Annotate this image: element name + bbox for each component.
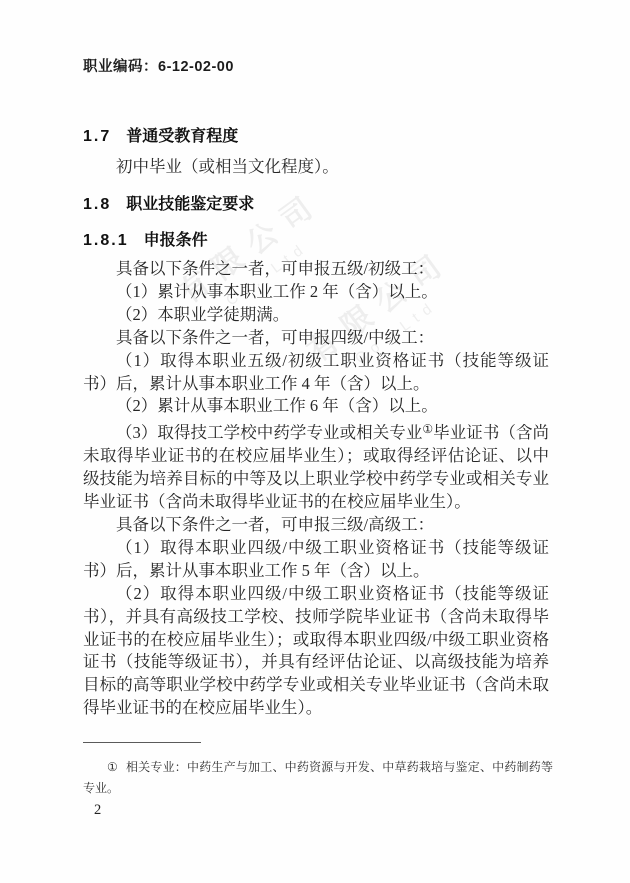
footnote-text: 相关专业：中药生产与加工、中药资源与开发、中草药栽培与鉴定、中药制药等专业。 (83, 760, 553, 795)
page-number: 2 (94, 802, 101, 819)
section-number: 1.8 (83, 196, 111, 213)
education-requirement-paragraph: 初中毕业（或相当文化程度）。 (83, 155, 549, 178)
application-conditions-body: 具备以下条件之一者，可申报五级/初级工： （1）累计从事本职业工作 2 年（含）… (83, 258, 549, 720)
condition-item: （3）取得技工学校中药学专业或相关专业①毕业证书（含尚未取得毕业证书的在校应届毕… (83, 418, 549, 514)
condition-item: （1）取得本职业四级/中级工职业资格证书（技能等级证书）后，累计从事本职业工作 … (83, 537, 549, 583)
condition-item: （2）取得本职业四级/中级工职业资格证书（技能等级证书），并具有高级技工学校、技… (83, 583, 549, 720)
footnote-reference-mark: ① (422, 422, 433, 436)
condition-item: （1）取得本职业五级/初级工职业资格证书（技能等级证书）后，累计从事本职业工作 … (83, 350, 549, 396)
document-page: 有限公司 Co. Ltd 有限公司 Co. Ltd 职业编码：6-12-02-0… (0, 0, 630, 883)
section-title: 普通受教育程度 (126, 128, 238, 145)
section-title: 职业技能鉴定要求 (126, 196, 254, 213)
footnote-marker: ① (107, 760, 118, 774)
section-heading-1-7: 1.7普通受教育程度 (83, 123, 238, 146)
condition-intro-level5: 具备以下条件之一者，可申报五级/初级工： (83, 258, 549, 281)
condition-text: （3）取得技工学校中药学专业或相关专业 (116, 423, 422, 442)
footnote: ①相关专业：中药生产与加工、中药资源与开发、中草药栽培与鉴定、中药制药等专业。 (83, 757, 553, 799)
condition-item: （2）本职业学徒期满。 (83, 304, 549, 327)
condition-item: （1）累计从事本职业工作 2 年（含）以上。 (83, 281, 549, 304)
section-number: 1.7 (83, 128, 111, 145)
section-title: 申报条件 (144, 232, 208, 249)
condition-intro-level3: 具备以下条件之一者，可申报三级/高级工： (83, 514, 549, 537)
condition-item: （2）累计从事本职业工作 6 年（含）以上。 (83, 395, 549, 418)
footnote-divider (83, 742, 201, 743)
occupation-code-header: 职业编码：6-12-02-00 (83, 55, 234, 76)
section-heading-1-8-1: 1.8.1申报条件 (83, 227, 208, 250)
section-heading-1-8: 1.8职业技能鉴定要求 (83, 191, 254, 214)
condition-intro-level4: 具备以下条件之一者，可申报四级/中级工： (83, 327, 549, 350)
section-number: 1.8.1 (83, 232, 129, 249)
